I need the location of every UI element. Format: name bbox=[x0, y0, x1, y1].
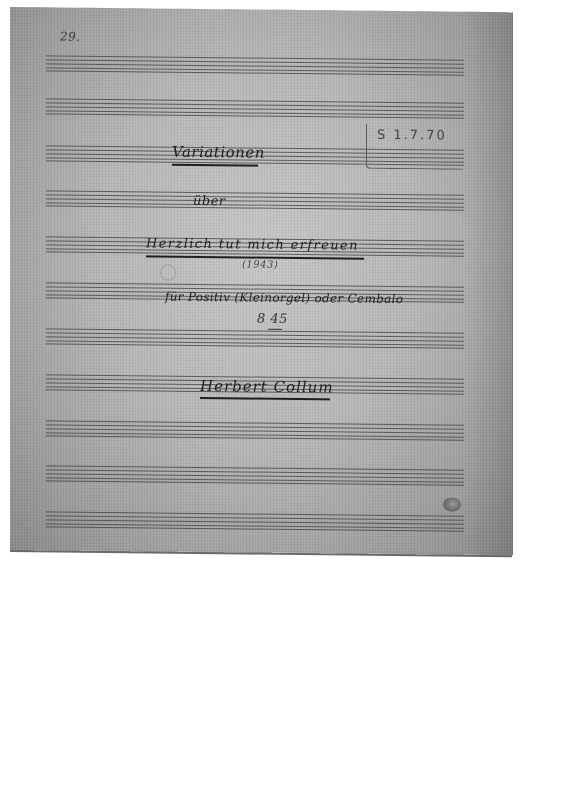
hymn-title: Herzlich tut mich erfreuen bbox=[146, 236, 359, 253]
music-staff bbox=[46, 465, 464, 485]
catalog-underline bbox=[268, 329, 282, 330]
music-staff bbox=[46, 328, 464, 348]
catalog-number: 8 45 bbox=[257, 312, 288, 327]
manuscript-page: 29. S 1.7.70 Variationen über Herzlich t… bbox=[10, 7, 512, 555]
work-title: Variationen bbox=[172, 143, 265, 162]
shelfmark-text: S 1.7.70 bbox=[377, 128, 447, 144]
music-staff bbox=[46, 55, 464, 75]
preposition-text: über bbox=[193, 194, 226, 209]
music-staff bbox=[46, 98, 464, 118]
composer-name: Herbert Collum bbox=[200, 377, 334, 396]
shelfmark-stamp: S 1.7.70 bbox=[366, 124, 463, 170]
page-number: 29. bbox=[60, 30, 81, 44]
composition-year: (1943) bbox=[242, 259, 278, 270]
music-staff bbox=[46, 190, 464, 210]
music-staff bbox=[46, 511, 464, 531]
music-staff bbox=[46, 420, 464, 440]
library-stamp-icon bbox=[443, 498, 461, 512]
composer-underline bbox=[200, 397, 330, 400]
pencil-mark bbox=[160, 265, 176, 281]
title-underline bbox=[172, 164, 258, 167]
instrumentation-text: für Positiv (Kleinorgel) oder Cembalo bbox=[165, 290, 403, 306]
